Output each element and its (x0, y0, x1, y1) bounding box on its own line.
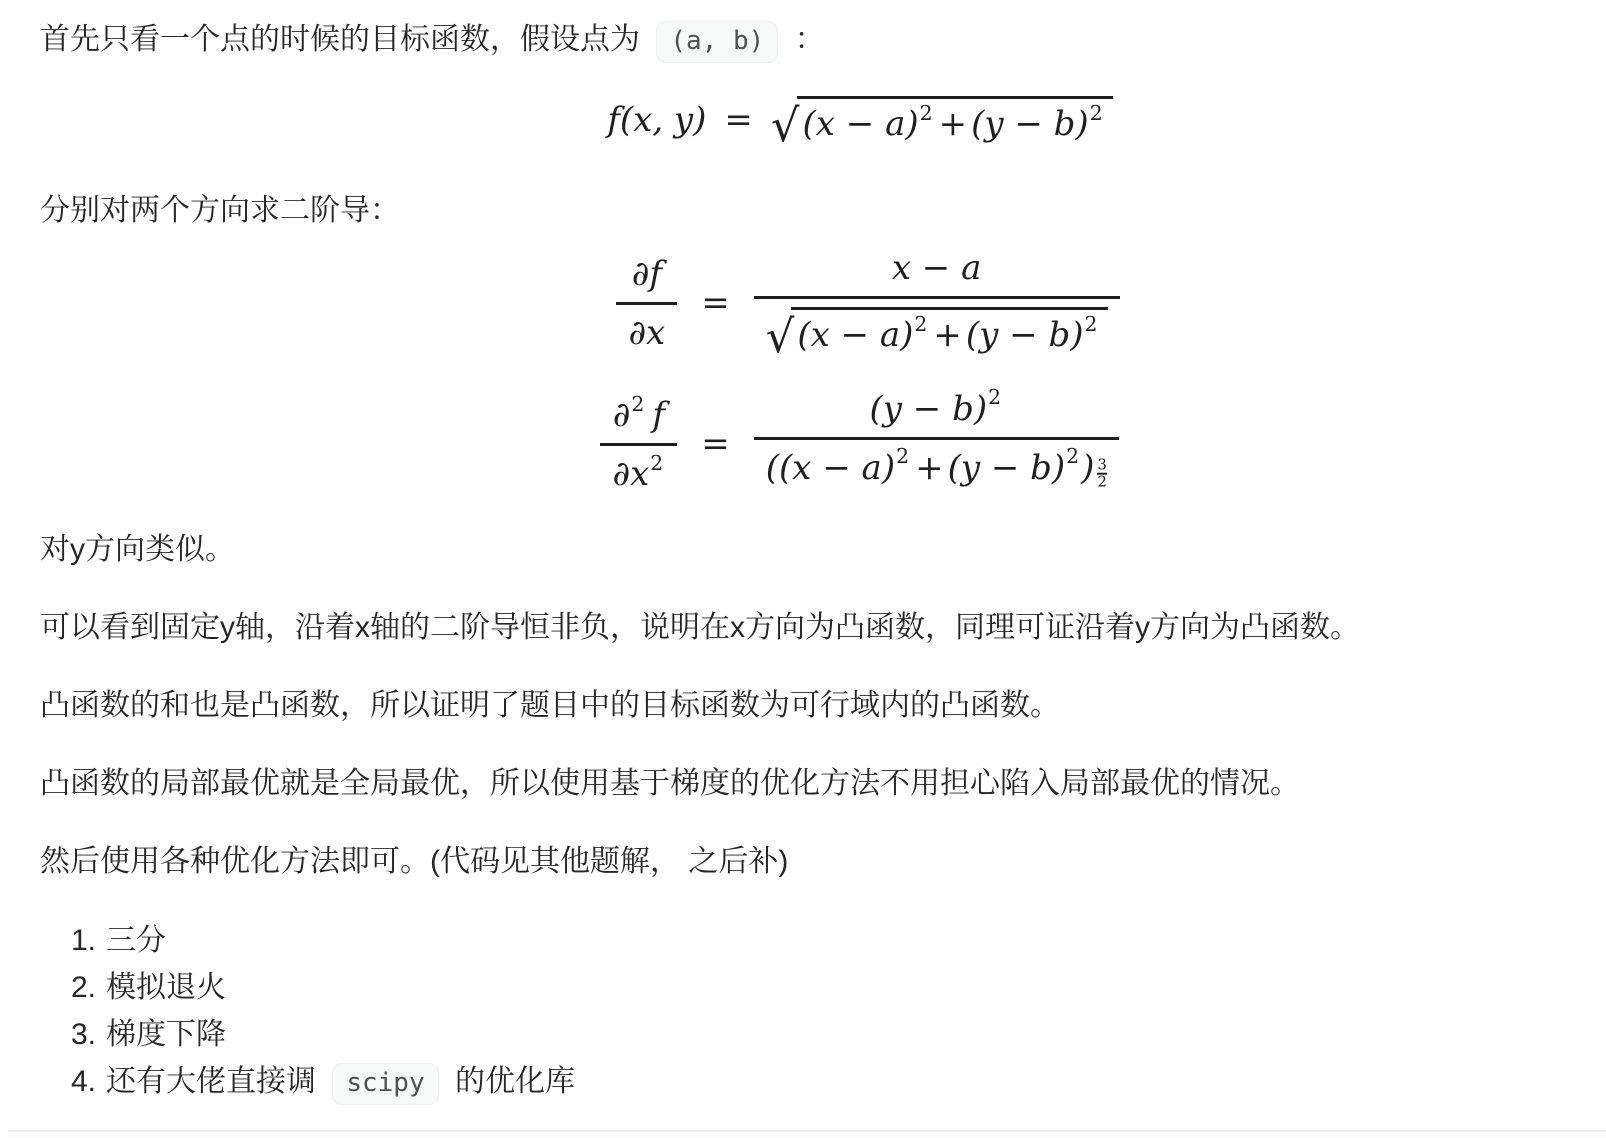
radicand: (x − a)2+(y − b)2 (791, 307, 1107, 355)
radicand: (x − a)2+(y − b)2 (797, 96, 1113, 144)
math-lhs: f(x, y) (607, 100, 706, 140)
equals-sign: = (724, 100, 753, 140)
fraction-denominator: √ (x − a)2+(y − b)2 (754, 299, 1120, 361)
formula-partial-derivatives: ∂f ∂x = x − a √ (x − a)2+(y − b)2 ∂2 (97, 246, 1606, 502)
exponent: 2 (920, 101, 933, 125)
fraction-denominator: ((x − a)2+(y − b)2)32 (754, 440, 1119, 502)
fraction-numerator: (y − b)2 (858, 387, 1016, 437)
list-item-ternary-search: 1. 三分 (60, 917, 1566, 964)
list-marker: 3. (60, 1011, 96, 1058)
list-item-scipy: 4. 还有大佬直接调 scipy 的优化库 (60, 1058, 1566, 1107)
exponent: 2 (896, 444, 909, 468)
list-marker: 1. (60, 917, 96, 964)
paragraph-local-global: 凸函数的局部最优就是全局最优，所以使用基于梯度的优化方法不用担心陷入局部最优的情… (40, 761, 1566, 807)
paragraph-intro: 首先只看一个点的时候的目标函数，假设点为 (a, b) ： (40, 17, 1566, 64)
paragraph-derivatives-intro: 分别对两个方向求二阶导： (40, 188, 1566, 234)
exponent-numerator: 3 (1097, 457, 1107, 473)
plus-sign: + (939, 104, 968, 144)
methods-list: 1. 三分 2. 模拟退火 3. 梯度下降 4. 还有大佬直接调 scipy 的… (40, 917, 1566, 1107)
inline-code-scipy: scipy (332, 1063, 438, 1105)
exponent: 2 (914, 312, 927, 336)
fraction-denominator: ∂x (616, 305, 677, 355)
radical-sign: √ (766, 316, 795, 357)
formula-objective-function: f(x, y) = √ (x − a)2+(y − b)2 (40, 96, 1566, 144)
list-marker: 2. (60, 964, 96, 1011)
exponent: 2 (650, 451, 663, 475)
section-divider (8, 1130, 1606, 1138)
fraction-numerator: x − a (880, 246, 994, 296)
exponent-denominator: 2 (1097, 475, 1107, 491)
list-item-gradient-descent: 3. 梯度下降 (60, 1011, 1566, 1058)
exponent: 2 (988, 385, 1001, 409)
paragraph-intro-colon: ： (795, 23, 825, 56)
inline-code-point: (a, b) (656, 21, 778, 63)
paragraph-convex-x: 可以看到固定y轴，沿着x轴的二阶导恒非负，说明在x方向为凸函数，同理可证沿着y方… (40, 605, 1566, 651)
solution-article: 首先只看一个点的时候的目标函数，假设点为 (a, b) ： f(x, y) = … (0, 0, 1606, 1107)
paragraph-y-similar: 对y方向类似。 (40, 527, 1566, 573)
paragraph-methods-intro: 然后使用各种优化方法即可。(代码见其他题解， 之后补) (40, 839, 1566, 885)
fraction-numerator: ∂f (620, 252, 674, 302)
square-root: √ (x − a)2+(y − b)2 (771, 96, 1113, 144)
square-root: √ (x − a)2+(y − b)2 (766, 307, 1108, 355)
list-marker: 4. (60, 1058, 96, 1105)
plus-sign: + (915, 448, 944, 488)
plus-sign: + (933, 315, 962, 355)
exponent: 2 (1085, 312, 1098, 336)
exponent-fraction-three-halves: 32 (1097, 457, 1107, 490)
equals-sign: = (701, 283, 730, 323)
fraction-df-dx: ∂f ∂x (616, 252, 677, 355)
exponent: 2 (631, 392, 644, 416)
fraction-second-derivative: (y − b)2 ((x − a)2+(y − b)2)32 (754, 387, 1119, 502)
paragraph-convex-sum: 凸函数的和也是凸函数，所以证明了题目中的目标函数为可行域内的凸函数。 (40, 683, 1566, 729)
fraction-denominator: ∂x2 (600, 446, 677, 496)
paragraph-intro-text: 首先只看一个点的时候的目标函数，假设点为 (40, 23, 640, 56)
radical-sign: √ (771, 105, 800, 146)
fraction-first-derivative: x − a √ (x − a)2+(y − b)2 (754, 246, 1120, 361)
exponent: 2 (1090, 101, 1103, 125)
list-item-simulated-annealing: 2. 模拟退火 (60, 964, 1566, 1011)
equals-sign: = (701, 424, 730, 464)
fraction-numerator: ∂2f (601, 393, 677, 443)
fraction-d2f-dx2: ∂2f ∂x2 (600, 393, 677, 496)
exponent: 2 (1066, 444, 1079, 468)
